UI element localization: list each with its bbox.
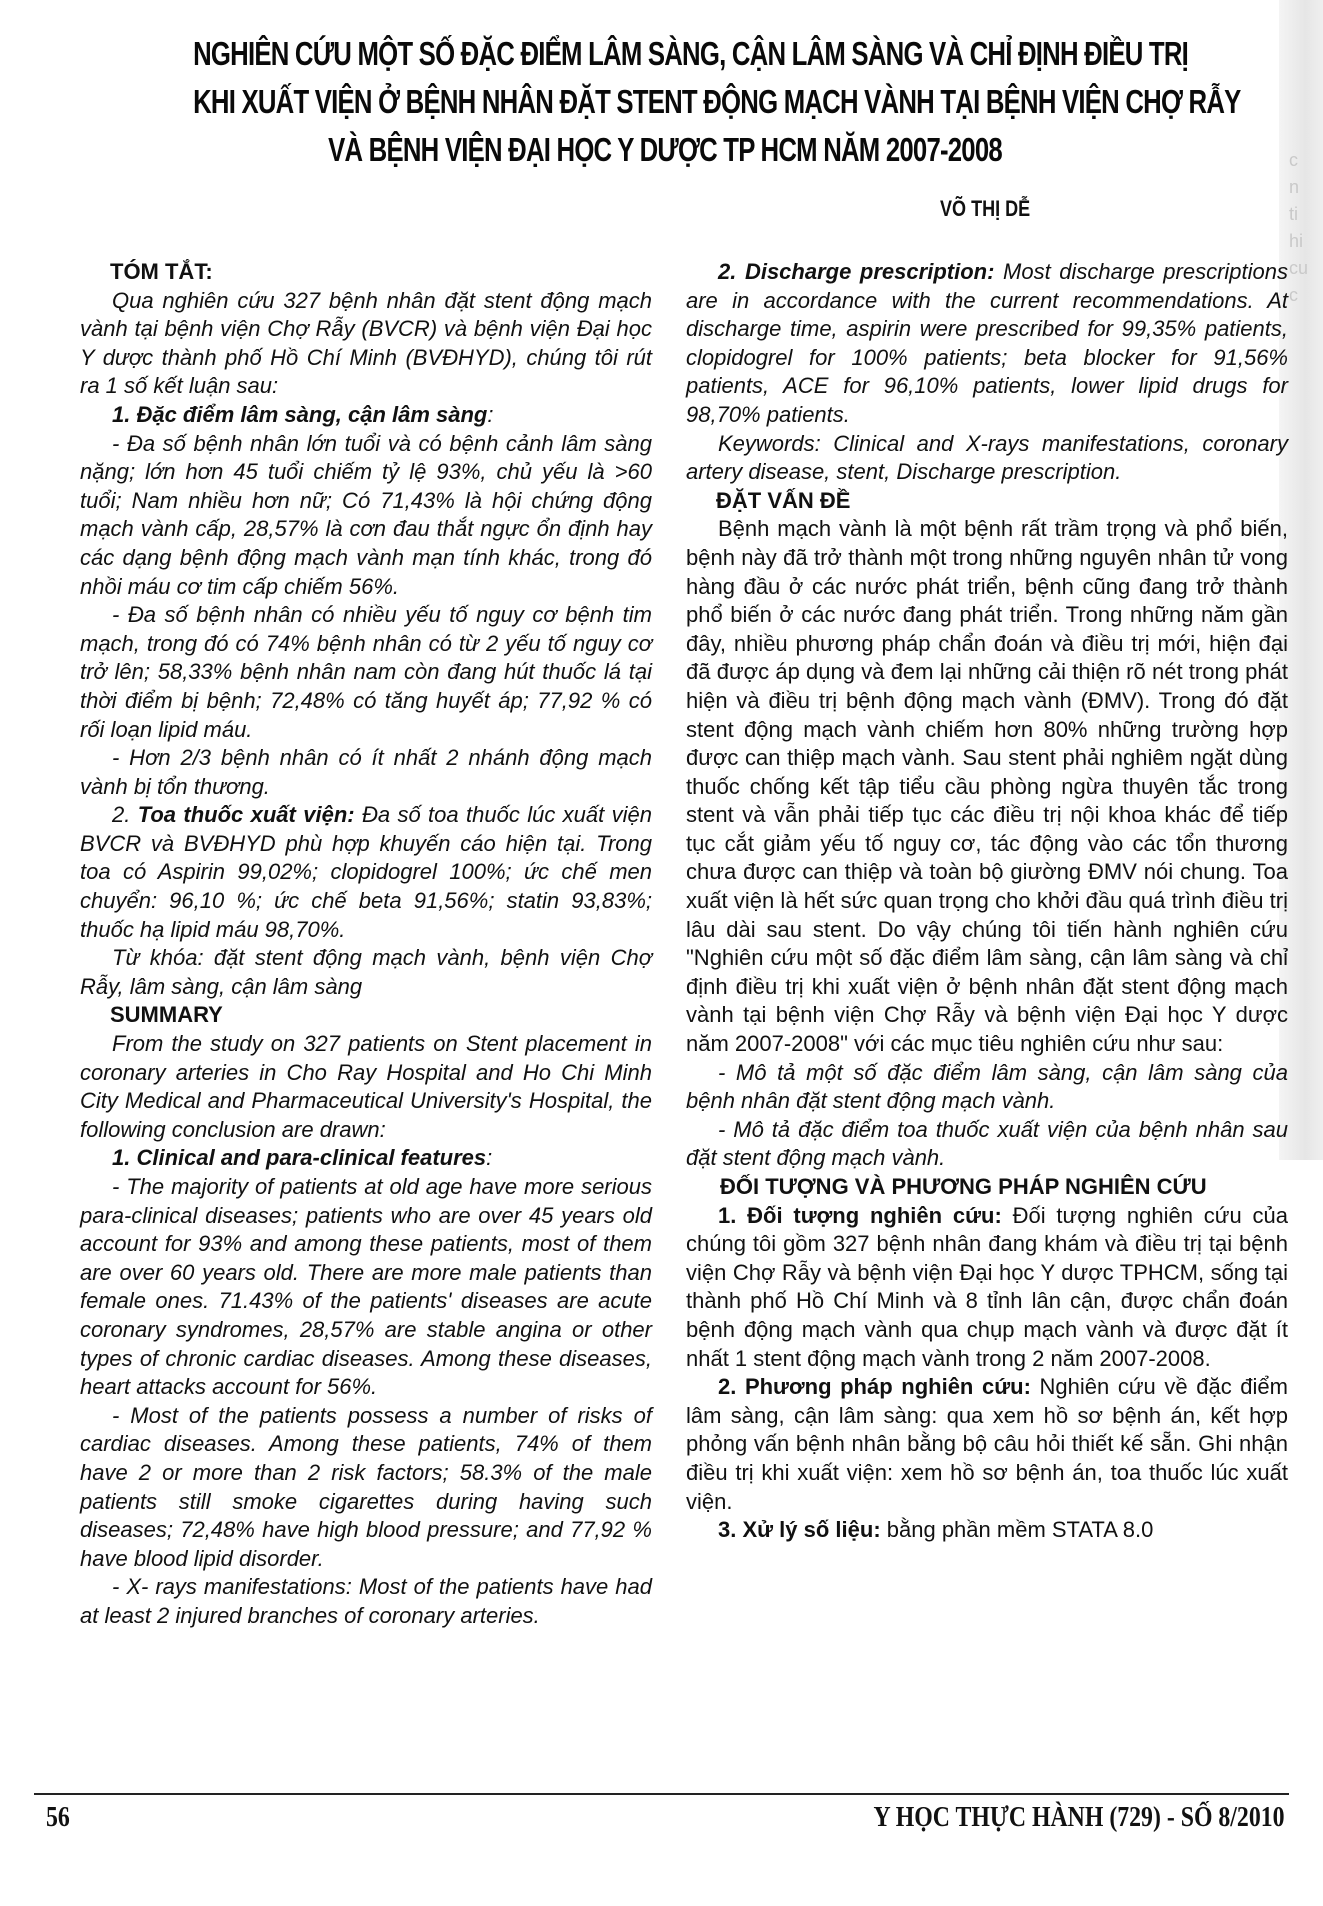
footer-divider xyxy=(34,1793,1289,1795)
author-name: VÕ THỊ DỄ xyxy=(940,196,1030,222)
abstract-vi-section2: 2. Toa thuốc xuất viện: Đa số toa thuốc … xyxy=(80,801,652,944)
methods-item: 3. Xử lý số liệu: bằng phần mềm STATA 8.… xyxy=(686,1516,1288,1545)
page-number: 56 xyxy=(46,1802,70,1834)
title-line: KHI XUẤT VIỆN Ở BỆNH NHÂN ĐẶT STENT ĐỘNG… xyxy=(193,78,1137,126)
bleed-through-text: n xyxy=(1289,177,1323,198)
right-column: 2. Discharge prescription: Most discharg… xyxy=(686,258,1288,1545)
summary-intro: From the study on 327 patients on Stent … xyxy=(80,1030,652,1144)
introduction-heading: ĐẶT VẤN ĐỀ xyxy=(716,487,1288,516)
objective-item: - Mô tả một số đặc điểm lâm sàng, cận lâ… xyxy=(686,1059,1288,1116)
methods-heading: ĐỐI TƯỢNG VÀ PHƯƠNG PHÁP NGHIÊN CỨU xyxy=(720,1173,1288,1202)
summary-bullet: - The majority of patients at old age ha… xyxy=(80,1173,652,1402)
introduction-body: Bệnh mạch vành là một bệnh rất trầm trọn… xyxy=(686,515,1288,1058)
article-title: NGHIÊN CỨU MỘT SỐ ĐẶC ĐIỂM LÂM SÀNG, CẬN… xyxy=(193,30,1137,174)
summary-section2: 2. Discharge prescription: Most discharg… xyxy=(686,258,1288,430)
bleed-through-text: cu xyxy=(1289,258,1323,279)
bleed-through-text: hi xyxy=(1289,231,1323,252)
abstract-vi-section1-heading: 1. Đặc điểm lâm sàng, cận lâm sàng: xyxy=(80,401,652,430)
objective-item: - Mô tả đặc điểm toa thuốc xuất viện của… xyxy=(686,1116,1288,1173)
abstract-vi-bullet: - Hơn 2/3 bệnh nhân có ít nhất 2 nhánh đ… xyxy=(80,744,652,801)
summary-keywords: Keywords: Clinical and X-rays manifestat… xyxy=(686,430,1288,487)
title-line: VÀ BỆNH VIỆN ĐẠI HỌC Y DƯỢC TP HCM NĂM 2… xyxy=(193,126,1137,174)
summary-bullet: - X- rays manifestations: Most of the pa… xyxy=(80,1573,652,1630)
bleed-through-text: ti xyxy=(1289,204,1323,225)
abstract-vi-bullet: - Đa số bệnh nhân có nhiều yếu tố nguy c… xyxy=(80,601,652,744)
bleed-through-text: c xyxy=(1289,150,1323,171)
methods-item: 1. Đối tượng nghiên cứu: Đối tượng nghiê… xyxy=(686,1202,1288,1374)
title-line: NGHIÊN CỨU MỘT SỐ ĐẶC ĐIỂM LÂM SÀNG, CẬN… xyxy=(193,30,1137,78)
methods-item: 2. Phương pháp nghiên cứu: Nghiên cứu về… xyxy=(686,1373,1288,1516)
left-column: TÓM TẮT: Qua nghiên cứu 327 bệnh nhân đặ… xyxy=(80,258,652,1631)
abstract-vi-bullet: - Đa số bệnh nhân lớn tuổi và có bệnh cả… xyxy=(80,430,652,602)
summary-bullet: - Most of the patients possess a number … xyxy=(80,1402,652,1574)
journal-citation: Y HỌC THỰC HÀNH (729) - SỐ 8/2010 xyxy=(874,1802,1285,1834)
summary-heading: SUMMARY xyxy=(110,1001,652,1030)
abstract-vi-heading: TÓM TẮT: xyxy=(110,258,652,287)
bleed-through-text: c xyxy=(1289,285,1323,306)
abstract-vi-keywords: Từ khóa: đặt stent động mạch vành, bệnh … xyxy=(80,944,652,1001)
abstract-vi-intro: Qua nghiên cứu 327 bệnh nhân đặt stent đ… xyxy=(80,287,652,401)
summary-section1-heading: 1. Clinical and para-clinical features: xyxy=(80,1144,652,1173)
